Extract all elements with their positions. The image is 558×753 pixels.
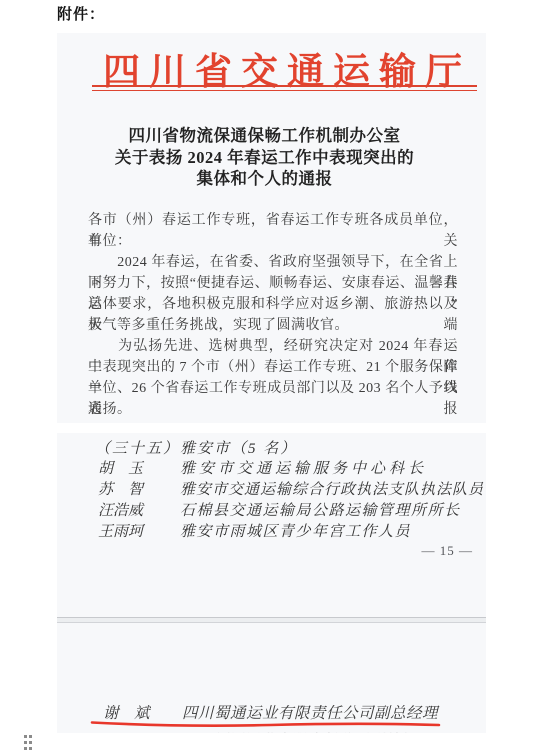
list-item: 王雨珂 雅安市雨城区青少年宫工作人员 <box>98 522 486 543</box>
drag-handle-icon[interactable] <box>24 735 32 750</box>
list-item: 苏 智 雅安市交通运输综合行政执法支队执法队员 <box>98 480 486 501</box>
document-page-1: 四川省交通运输厅 四川省物流保通保畅工作机制办公室 关于表扬 2024 年春运工… <box>57 33 486 423</box>
person-name: 苏 智 <box>98 480 180 501</box>
red-underline-annotation <box>90 719 442 729</box>
document-title-line: 关于表扬 2024 年春运工作中表现突出的 <box>57 147 472 169</box>
body-line: 中表现突出的 7 个市（州）春运工作专班、21 个服务保障一线 <box>88 357 458 378</box>
dot <box>24 735 27 738</box>
list-item: 汪浩威 石棉县交通运输局公路运输管理所所长 <box>98 501 486 522</box>
person-name: 王雨珂 <box>98 522 180 543</box>
document-title: 四川省物流保通保畅工作机制办公室 关于表扬 2024 年春运工作中表现突出的 集… <box>57 125 472 190</box>
document-page-16: 谢 斌 四川蜀通运业有限责任公司副总经理 四川蜀通运业有限责任公司副总经理 <box>57 623 486 733</box>
dot <box>29 735 32 738</box>
person-name: 汪浩威 <box>98 501 180 522</box>
list-section-heading: （三十五）雅安市（5 名） <box>95 437 297 458</box>
person-title: 石棉县交通运输局公路运输管理所所长 <box>180 501 461 522</box>
commendation-list: 胡 玉 雅安市交通运输服务中心科长 苏 智 雅安市交通运输综合行政执法支队执法队… <box>98 459 486 543</box>
document-title-line: 四川省物流保通保畅工作机制办公室 <box>57 125 472 147</box>
cut-off-text-sliver: 四川蜀通运业有限责任公司副总经理 <box>182 729 472 733</box>
letterhead-divider <box>92 85 477 91</box>
body-line: 各市（州）春运工作专班，省春运工作专班各成员单位，有关 <box>88 210 458 231</box>
body-line: 为弘扬先进、选树典型，经研究决定对 2024 年春运工作 <box>88 336 458 357</box>
document-title-line: 集体和个人的通报 <box>57 168 472 190</box>
attachment-label: 附件： <box>57 3 105 24</box>
body-line: 2024 年春运，在省委、省政府坚强领导下，在全省上下共 <box>88 252 458 273</box>
body-line: 同努力下，按照“便捷春运、顺畅春运、安康春运、温馨春运” <box>88 273 458 294</box>
body-line: 总体要求，各地积极克服和科学应对返乡潮、旅游热以及极端 <box>88 294 458 315</box>
dot <box>24 741 27 744</box>
person-title: 雅安市交通运输服务中心科长 <box>180 459 427 480</box>
person-name: 胡 玉 <box>98 459 180 480</box>
document-body: 各市（州）春运工作专班，省春运工作专班各成员单位，有关 单位： 2024 年春运… <box>88 210 458 420</box>
dot <box>29 747 32 750</box>
document-view: { "page": { "attachment_label": "附件：", "… <box>0 0 558 753</box>
person-title: 雅安市雨城区青少年宫工作人员 <box>180 522 411 543</box>
page-number: — 15 — <box>422 543 474 559</box>
document-page-15: （三十五）雅安市（5 名） 胡 玉 雅安市交通运输服务中心科长 苏 智 雅安市交… <box>57 433 486 617</box>
dot <box>29 741 32 744</box>
list-item: 胡 玉 雅安市交通运输服务中心科长 <box>98 459 486 480</box>
dot <box>24 747 27 750</box>
person-title: 雅安市交通运输综合行政执法支队执法队员 <box>180 480 484 501</box>
body-line: 单位、26 个省春运工作专班成员部门以及 203 名个人予以通报 <box>88 378 458 399</box>
